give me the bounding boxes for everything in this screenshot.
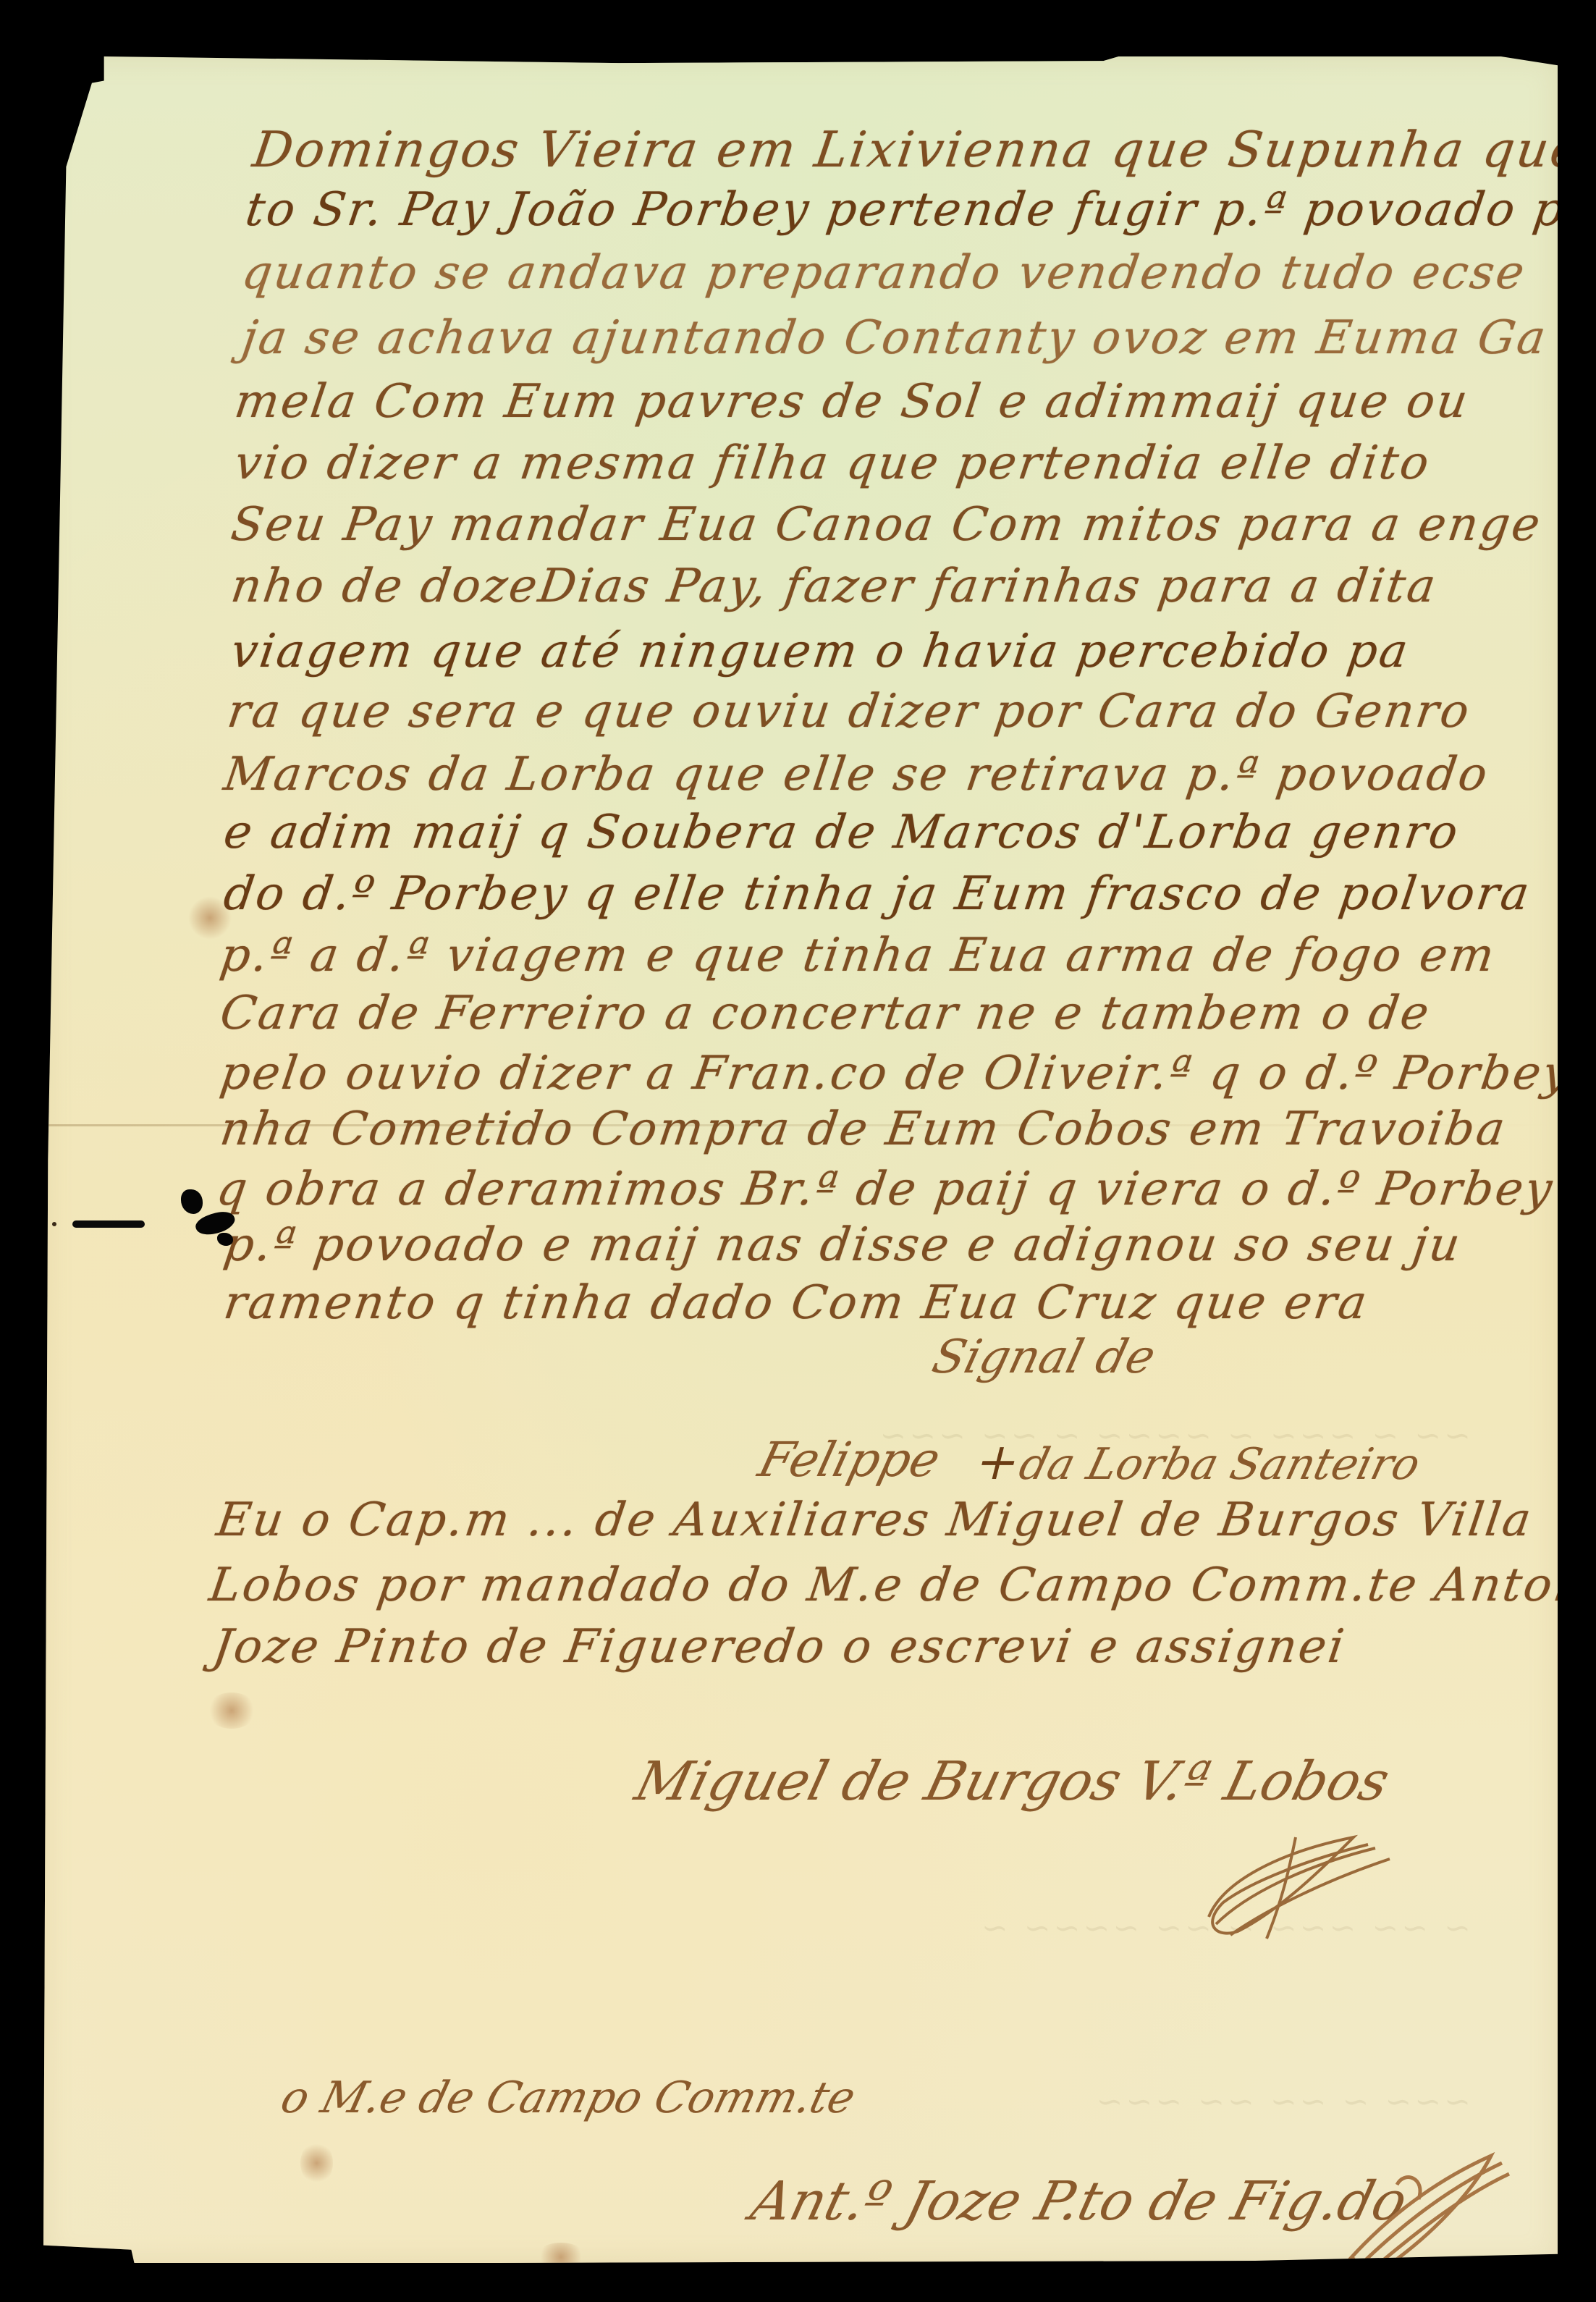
closing-line: Joze Pinto de Figueredo o escrevi e assi…: [210, 1620, 1349, 1674]
manuscript-line: Seu Pay mandar Eua Canoa Com mitos para …: [228, 498, 1545, 552]
manuscript-line: ramento q tinha dado Com Eua Cruz que er…: [221, 1276, 1372, 1330]
manuscript-line: do d.º Porbey q elle tinha ja Eum frasco…: [221, 867, 1534, 921]
closing-line: Eu o Cap.m ... de Auxiliares Miguel de B…: [214, 1493, 1537, 1547]
signature-rubric-flourish: [1194, 1808, 1411, 1953]
signature-rubric-flourish: [1332, 2141, 1520, 2286]
manuscript-line: ja se achava ajuntando Contanty ovoz em …: [239, 311, 1551, 365]
scan-background: ~~ ~ ~~~ ~ ~~~~ ~ ~~ ~~~ ~ ~~ ~~~ ~ ~~ ~…: [0, 0, 1596, 2302]
manuscript-line: Domingos Vieira em Lixivienna que Supunh…: [249, 122, 1596, 179]
manuscript-line: quanto se andava preparando vendendo tud…: [239, 246, 1530, 300]
margin-mark: [72, 1220, 145, 1228]
manuscript-line: to Sr. Pay João Porbey pertende fugir p.…: [242, 183, 1596, 237]
manuscript-line: Marcos da Lorba que elle se retirava p.ª…: [221, 748, 1492, 801]
ink-stain: [206, 1692, 257, 1729]
manuscript-line: ra que sera e que ouviu dizer por Cara d…: [224, 685, 1474, 738]
signer-rest-name: da Lorba Santeiro: [1014, 1439, 1425, 1490]
manuscript-line: Cara de Ferreiro a concertar ne e tambem…: [217, 987, 1435, 1040]
manuscript-line: mela Com Eum pavres de Sol e adimmaij qu…: [232, 375, 1473, 429]
manuscript-line: q obra a deramimos Br.ª de paij q viera …: [214, 1163, 1558, 1216]
manuscript-line: p.ª povoado e maij nas disse e adignou s…: [221, 1218, 1465, 1272]
closing-line: Lobos por mandado do M.e de Campo Comm.t…: [206, 1559, 1596, 1612]
paper-hole: [181, 1189, 203, 1214]
manuscript-line: vio dizer a mesma filha que pertendia el…: [232, 437, 1435, 490]
ink-stain: [536, 2243, 586, 2272]
manuscript-line: nho de dozeDias Pay, fazer farinhas para…: [228, 560, 1441, 613]
signature-label-mestre-de-campo: o M.e de Campo Comm.te: [276, 2073, 860, 2123]
paper-hole: [217, 1233, 233, 1246]
signature-miguel-de-burgos: Miguel de Burgos V.ª Lobos: [629, 1750, 1396, 1813]
margin-dot: [52, 1222, 56, 1226]
manuscript-line: viagem que até ninguem o havia percebido…: [228, 625, 1413, 678]
signer-first-name: Felippe: [753, 1432, 945, 1488]
ink-stain: [300, 2141, 333, 2185]
manuscript-line: nha Cometido Compra de Eum Cobos em Trav…: [217, 1102, 1511, 1156]
signature-antonio-joze: Ant.º Joze P.to de Fig.do: [745, 2170, 1413, 2233]
manuscript-line: pelo ouvio dizer a Fran.co de Oliveir.ª …: [217, 1047, 1596, 1100]
manuscript-paper: ~~ ~ ~~~ ~ ~~~~ ~ ~~ ~~~ ~ ~~ ~~~ ~ ~~ ~…: [43, 56, 1558, 2263]
signal-label: Signal de: [927, 1331, 1161, 1384]
manuscript-line: e adim maij q Soubera de Marcos d'Lorba …: [221, 806, 1463, 859]
manuscript-line: p.ª a d.ª viagem e que tinha Eua arma de…: [217, 929, 1500, 982]
ink-stain: [188, 896, 232, 940]
